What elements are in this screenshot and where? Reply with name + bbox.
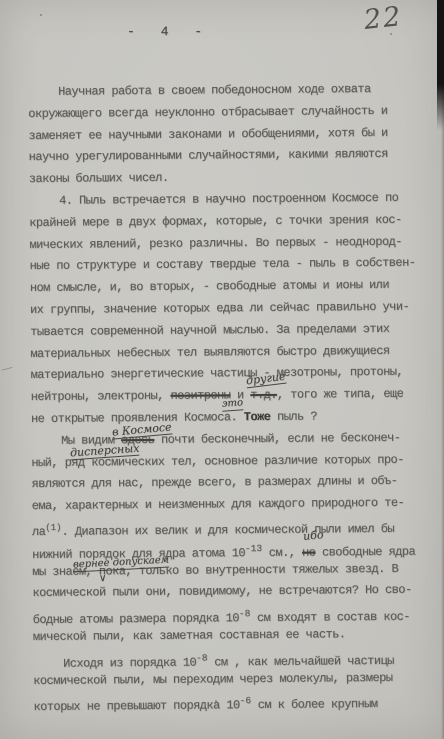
handwritten-corner-number: 22 bbox=[362, 1, 403, 36]
line-segment: научно урегулированными случайностями, к… bbox=[29, 147, 388, 164]
line-segment: почти бесконечный, если не бесконеч- bbox=[154, 431, 400, 447]
line-segment: мических явлений, резко различны. Во пер… bbox=[29, 234, 402, 251]
line-segment: окружающего всегда неуклонно отбрасывает… bbox=[28, 104, 387, 121]
typed-line: их группы, значение которых едва ли сейч… bbox=[30, 296, 434, 321]
line-segment: которых не превышают порядка bbox=[33, 699, 226, 715]
line-segment: . Диапазон их велик и для космической пы… bbox=[61, 522, 394, 539]
line-segment: материально энергетические частицы - мез… bbox=[30, 365, 403, 382]
line-segment: см., bbox=[262, 545, 302, 559]
paper-speck bbox=[390, 33, 392, 35]
typed-line: научно урегулированными случайностями, к… bbox=[29, 144, 433, 169]
typed-text-block: Научная работа в своем победоносном ходе… bbox=[28, 78, 438, 714]
line-segment: т.д. bbox=[250, 388, 277, 402]
scanned-document-page: 22 - 4 - Научная работа в своем победоно… bbox=[0, 0, 444, 739]
line-segment: ные по структуре и составу твердые тела … bbox=[30, 256, 416, 273]
line-segment: но bbox=[302, 545, 315, 559]
typed-line: которых не превышают порядка 10-6 см к б… bbox=[33, 689, 437, 714]
line-segment: их группы, значение которых едва ли сейч… bbox=[30, 300, 409, 317]
line-segment: мической пыли, как заметная составная ее… bbox=[33, 627, 346, 644]
line-segment: тывается современной научной мыслью. За … bbox=[30, 322, 389, 339]
margin-pencil-dash: — bbox=[0, 361, 14, 376]
line-segment: 10-8 bbox=[183, 655, 208, 669]
typed-line: 4. Пыль встречается в научно построенном… bbox=[29, 187, 433, 212]
line-segment: Исходя из порядка bbox=[63, 655, 183, 670]
line-segment: (1) bbox=[45, 523, 61, 533]
line-segment: Тоже bbox=[244, 410, 271, 424]
line-segment: являются для нас, прежде всего, в размер… bbox=[31, 474, 397, 491]
exponent: -13 bbox=[245, 543, 262, 554]
line-segment: см к более крупным bbox=[251, 697, 377, 712]
line-segment: пыль ? bbox=[270, 409, 317, 423]
line-segment: 10-8 bbox=[226, 611, 251, 625]
typed-line: бодные атомы размера порядка 10-8 см вхо… bbox=[33, 602, 437, 627]
line-segment: 10-6 bbox=[226, 698, 251, 712]
line-segment: см , как мельчайшей частицы bbox=[207, 654, 393, 670]
line-segment: ном смысле, и, во вторых, - свободные ат… bbox=[30, 278, 389, 295]
paper-speck bbox=[40, 14, 42, 16]
paper-speck bbox=[215, 700, 217, 702]
page-number: - 4 - bbox=[127, 24, 211, 39]
typed-line: Исходя из порядка 10-8 см , как мельчайш… bbox=[33, 645, 437, 670]
line-segment: космической пыли они, повидимому, не вст… bbox=[32, 583, 411, 600]
line-segment: материальных небесных тел выявляются быс… bbox=[30, 343, 389, 360]
typed-line: тывается современной научной мыслью. За … bbox=[30, 318, 434, 343]
typed-line: крайней мере в двух формах, которые, с т… bbox=[29, 209, 433, 234]
typed-line: окружающего всегда неуклонно отбрасывает… bbox=[28, 100, 432, 125]
insertion-caret: ∨ bbox=[99, 574, 106, 584]
exponent: -6 bbox=[240, 695, 252, 706]
line-segment: законы больших чисел. bbox=[29, 171, 169, 186]
line-segment: 4. Пыль встречается в научно построенном… bbox=[59, 191, 398, 208]
line-segment: свободные ядра bbox=[315, 544, 415, 559]
line-segment: космической пыли, мы переходим через мол… bbox=[33, 670, 392, 687]
handwritten-insert-eto: это bbox=[222, 398, 244, 411]
line-segment: заменяет ее научными законами и обобщени… bbox=[28, 125, 387, 142]
exponent: -8 bbox=[196, 652, 208, 663]
handwritten-insert-ibo: ибо bbox=[303, 529, 324, 542]
line-segment: , того же типа, еще bbox=[277, 387, 403, 402]
line-segment: крайней мере в двух формах, которые, с т… bbox=[29, 213, 402, 230]
line-segment: ема, характерных и неизменных для каждог… bbox=[32, 496, 405, 513]
line-segment: 10-13 bbox=[232, 546, 263, 560]
line-segment: см входят в состав кос- bbox=[250, 610, 410, 625]
line-segment: Научная работа в своем победоносном ходе… bbox=[58, 82, 371, 99]
typed-line: ла(1). Диапазон их велик и для космическ… bbox=[32, 514, 436, 539]
exponent: -8 bbox=[239, 608, 251, 619]
line-segment: нейтроны, электроны, bbox=[31, 389, 171, 404]
line-segment: ла bbox=[32, 525, 45, 539]
